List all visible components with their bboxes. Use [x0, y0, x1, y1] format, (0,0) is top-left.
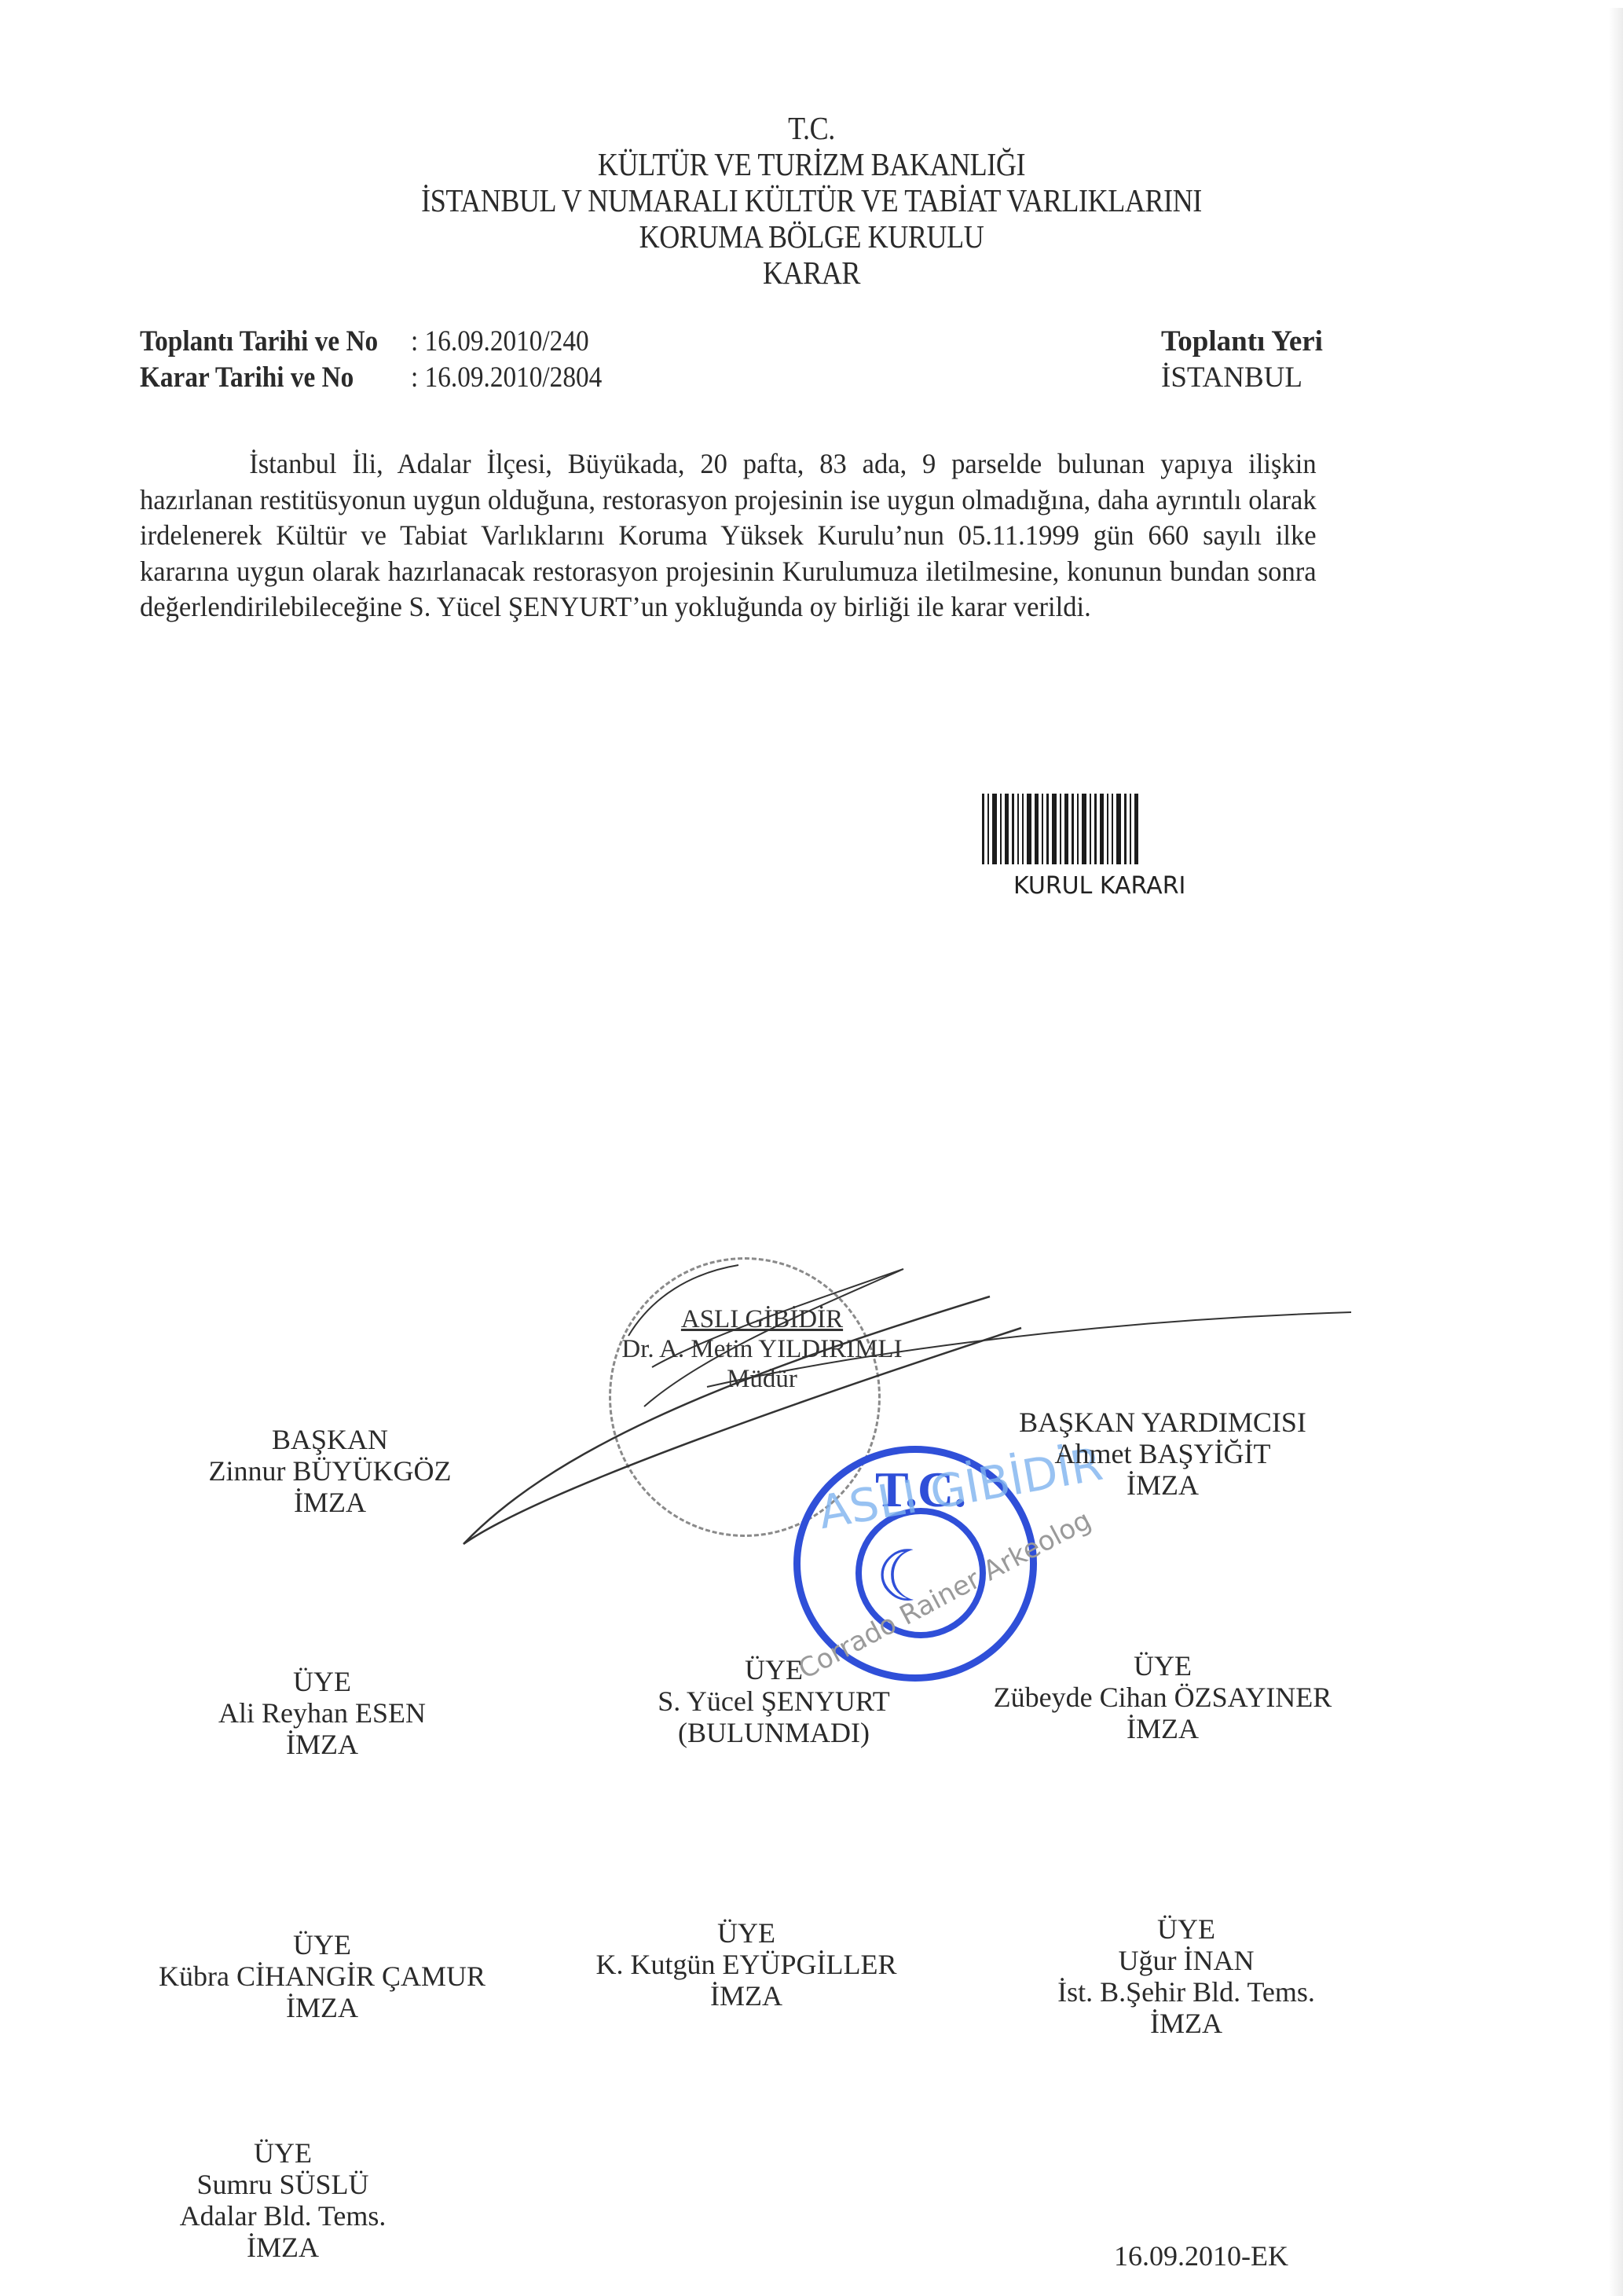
- signatory-sign: İMZA: [157, 2232, 408, 2263]
- signatory-role: ÜYE: [141, 1929, 503, 1960]
- signatory-name: Sumru SÜSLÜ: [157, 2169, 408, 2200]
- signatory-name: Zinnur BÜYÜKGÖZ: [189, 1455, 471, 1487]
- signatory-member-5: ÜYE K. Kutgün EYÜPGİLLER İMZA: [573, 1917, 919, 2012]
- signatory-role: ÜYE: [1021, 1913, 1351, 1945]
- signatory-affiliation: Adalar Bld. Tems.: [157, 2200, 408, 2232]
- signatory-member-1: ÜYE Ali Reyhan ESEN İMZA: [181, 1666, 463, 1760]
- signatory-chairman: BAŞKAN Zinnur BÜYÜKGÖZ İMZA: [189, 1424, 471, 1518]
- signatory-role: BAŞKAN: [189, 1424, 471, 1455]
- signatory-sign: İMZA: [181, 1729, 463, 1760]
- signatory-affiliation: İst. B.Şehir Bld. Tems.: [1021, 1976, 1351, 2008]
- signatory-name: K. Kutgün EYÜPGİLLER: [573, 1949, 919, 1980]
- signatory-name: Ali Reyhan ESEN: [181, 1697, 463, 1729]
- signatory-name: Ahmet BAŞYİĞİT: [990, 1438, 1335, 1469]
- document-code: 16.09.2010-EK: [1114, 2239, 1288, 2272]
- signatory-sign: İMZA: [141, 1992, 503, 2023]
- signatory-sign: İMZA: [1021, 2008, 1351, 2039]
- signatory-name: Zübeyde Cihan ÖZSAYINER: [966, 1682, 1359, 1713]
- signatory-member-6: ÜYE Uğur İNAN İst. B.Şehir Bld. Tems. İM…: [1021, 1913, 1351, 2039]
- signatory-member-7: ÜYE Sumru SÜSLÜ Adalar Bld. Tems. İMZA: [157, 2137, 408, 2263]
- signatory-role: ÜYE: [966, 1650, 1359, 1682]
- signatory-sign: İMZA: [189, 1487, 471, 1518]
- signatory-member-2: ÜYE S. Yücel ŞENYURT (BULUNMADI): [621, 1654, 927, 1748]
- signatory-member-3: ÜYE Zübeyde Cihan ÖZSAYINER İMZA: [966, 1650, 1359, 1744]
- signatory-status: (BULUNMADI): [621, 1717, 927, 1748]
- signatory-name: S. Yücel ŞENYURT: [621, 1685, 927, 1717]
- signatory-role: ÜYE: [573, 1917, 919, 1949]
- signatory-sign: İMZA: [966, 1713, 1359, 1744]
- signatory-role: BAŞKAN YARDIMCISI: [990, 1407, 1335, 1438]
- signatory-sign: İMZA: [990, 1469, 1335, 1501]
- signatory-sign: İMZA: [573, 1980, 919, 2012]
- signatory-vice-chairman: BAŞKAN YARDIMCISI Ahmet BAŞYİĞİT İMZA: [990, 1407, 1335, 1501]
- signatory-name: Kübra CİHANGİR ÇAMUR: [141, 1960, 503, 1992]
- signatory-role: ÜYE: [181, 1666, 463, 1697]
- signatory-name: Uğur İNAN: [1021, 1945, 1351, 1976]
- signatory-role: ÜYE: [157, 2137, 408, 2169]
- signatory-role: ÜYE: [621, 1654, 927, 1685]
- signatory-member-4: ÜYE Kübra CİHANGİR ÇAMUR İMZA: [141, 1929, 503, 2023]
